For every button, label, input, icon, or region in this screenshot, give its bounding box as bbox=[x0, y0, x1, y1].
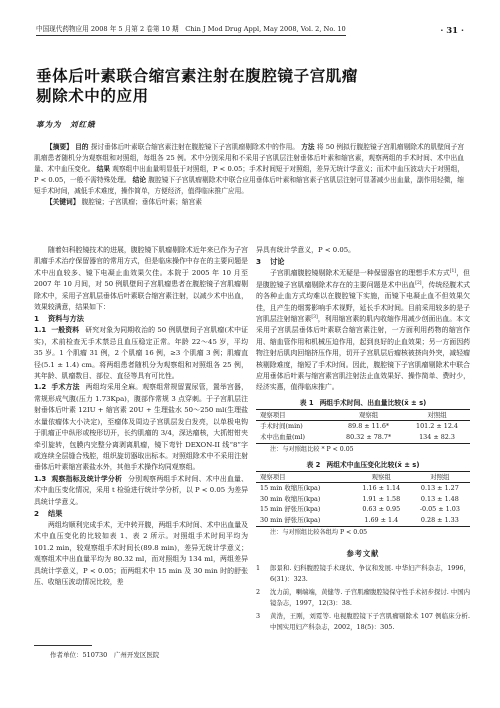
table-1-note: 注：与对照组比较 * P < 0.05 bbox=[256, 444, 470, 456]
section-1-2-heading: 1.2手术方法 bbox=[34, 383, 80, 391]
reference-item: 2 沈力前，喇端端，黄健等. 子宫肌瘤腹腔镜保守性手术初步探讨. 中国内镜杂志，… bbox=[256, 587, 470, 609]
keywords: 【关键词】 腹腔镜；子宫肌瘤；垂体后叶素；缩宫素 bbox=[34, 197, 464, 208]
table-header-row: 观察项目 观察组 对照组 bbox=[256, 409, 470, 421]
table-2-caption: 表 2两组术中血压变化比较(x̄ ± s) bbox=[256, 459, 470, 471]
page-number: · 31 · bbox=[440, 24, 464, 38]
section-3-heading: 3讨论 bbox=[256, 256, 470, 268]
authors: 辜为为 刘红娥 bbox=[36, 119, 96, 130]
section-1-2: 1.2手术方法两组均采用全麻。观察组常规留置尿管，置举宫器，常规形成气腹(压力 … bbox=[34, 382, 248, 473]
table-row: 术中出血量(ml) 80.32 ± 78.7* 134 ± 82.3 bbox=[256, 432, 470, 443]
results-label: 结果 bbox=[97, 165, 110, 173]
methods-label: 方法 bbox=[301, 143, 314, 151]
section-1-1: 1.1一般资料研究对象为同期收治的 50 例肌壁间子宫肌瘤(术中证实)，术前检查… bbox=[34, 325, 248, 382]
author-affiliation: 作者单位：510730 广州开发区医院 bbox=[50, 650, 159, 659]
section-1-heading: 1资料与方法 bbox=[34, 313, 248, 325]
abstract: 【摘要】 目的 探讨垂体后叶素联合缩宫素注射在腹腔镜下子宫肌瘤剔除术中的作用。 … bbox=[34, 142, 464, 208]
table-row: 30 min 舒张压(kpa) 1.69 ± 1.4 0.28 ± 1.33 bbox=[256, 515, 470, 526]
journal-citation: 中国现代药物应用 2008 年 5 月第 2 卷第 10 期 Chin J Mo… bbox=[36, 24, 346, 36]
article-title: 垂体后叶素联合缩宫素注射在腹腔镜子宫肌瘤 剔除术中的应用 bbox=[36, 66, 436, 106]
reference-item: 3 黄浩，王刚，刘霓等. 电视腹腔镜下子宫肌瘤剔除术 107 例临床分析. 中国… bbox=[256, 611, 470, 633]
table-row: 15 min 舒张压(kpa) 0.63 ± 0.95 -0.05 ± 1.03 bbox=[256, 504, 470, 515]
table-2-note: 注：与对照组比较各组均 P < 0.05 bbox=[256, 527, 470, 539]
table-2: 观察项目 观察组 对照组 15 min 收缩压(kpa) 1.16 ± 1.14… bbox=[256, 471, 470, 527]
footnote-divider bbox=[34, 645, 92, 646]
table-1-caption: 表 1两组手术时间、出血量比较(x̄ ± s) bbox=[256, 397, 470, 409]
title-line-1: 垂体后叶素联合缩宫素注射在腹腔镜子宫肌瘤 bbox=[36, 66, 436, 86]
discussion-text: 子宫肌瘤腹腔镜剔除术无疑是一种保留器官的理想手术方式[1]，但是腹腔镜子宫肌瘤剔… bbox=[256, 268, 470, 393]
section-1-3: 1.3观察指标及统计学分析分别观察两组手术时间、术中出血量、术中血压变化情况，采… bbox=[34, 474, 248, 508]
table-1: 观察项目 观察组 对照组 手术时间(min) 89.8 ± 11.6* 101.… bbox=[256, 409, 470, 444]
table-row: 手术时间(min) 89.8 ± 11.6* 101.2 ± 12.4 bbox=[256, 421, 470, 432]
abstract-body: 【摘要】 目的 探讨垂体后叶素联合缩宫素注射在腹腔镜下子宫肌瘤剔除术中的作用。 … bbox=[34, 142, 464, 197]
references-heading: 参考文献 bbox=[256, 547, 470, 561]
right-column: 异具有统计学意义，P < 0.05。 3讨论 子宫肌瘤腹腔镜剔除术无疑是一种保留… bbox=[256, 245, 470, 633]
results-continuation: 异具有统计学意义，P < 0.05。 bbox=[256, 245, 470, 256]
running-header: 中国现代药物应用 2008 年 5 月第 2 卷第 10 期 Chin J Mo… bbox=[36, 24, 464, 38]
keywords-text: 腹腔镜；子宫肌瘤；垂体后叶素；缩宫素 bbox=[82, 198, 202, 206]
conclusion-label: 结论 bbox=[133, 176, 146, 184]
objective-label: 目的 bbox=[75, 143, 88, 151]
section-2-text: 两组均顺利完成手术，无中转开腹，两组手术时间、术中出血量及术中血压变化的比较如表… bbox=[34, 520, 248, 588]
table-row: 30 min 收缩压(kpa) 1.91 ± 1.58 0.13 ± 1.48 bbox=[256, 494, 470, 505]
title-line-2: 剔除术中的应用 bbox=[36, 86, 436, 106]
section-1-3-heading: 1.3观察指标及统计学分析 bbox=[34, 475, 122, 483]
section-2-heading: 2结果 bbox=[34, 508, 248, 520]
left-column: 随着妇科腔镜技术的进展，腹腔镜下肌瘤剔除术近年来已作为子宫肌瘤手术治疗保留器官的… bbox=[34, 245, 248, 588]
objective-text: 探讨垂体后叶素联合缩宫素注射在腹腔镜下子宫肌瘤剔除术中的作用。 bbox=[91, 143, 299, 151]
introduction: 随着妇科腔镜技术的进展，腹腔镜下肌瘤剔除术近年来已作为子宫肌瘤手术治疗保留器官的… bbox=[34, 245, 248, 313]
keywords-label: 【关键词】 bbox=[46, 198, 79, 206]
reference-item: 1 郎景和. 妇科腹腔镜手术现状、争议和发展. 中华妇产科杂志，1996，6(3… bbox=[256, 563, 470, 585]
table-header-row: 观察项目 观察组 对照组 bbox=[256, 471, 470, 483]
abstract-label: 【摘要】 bbox=[46, 143, 73, 151]
table-row: 15 min 收缩压(kpa) 1.16 ± 1.14 0.13 ± 1.27 bbox=[256, 483, 470, 494]
section-1-1-heading: 1.1一般资料 bbox=[34, 326, 79, 334]
